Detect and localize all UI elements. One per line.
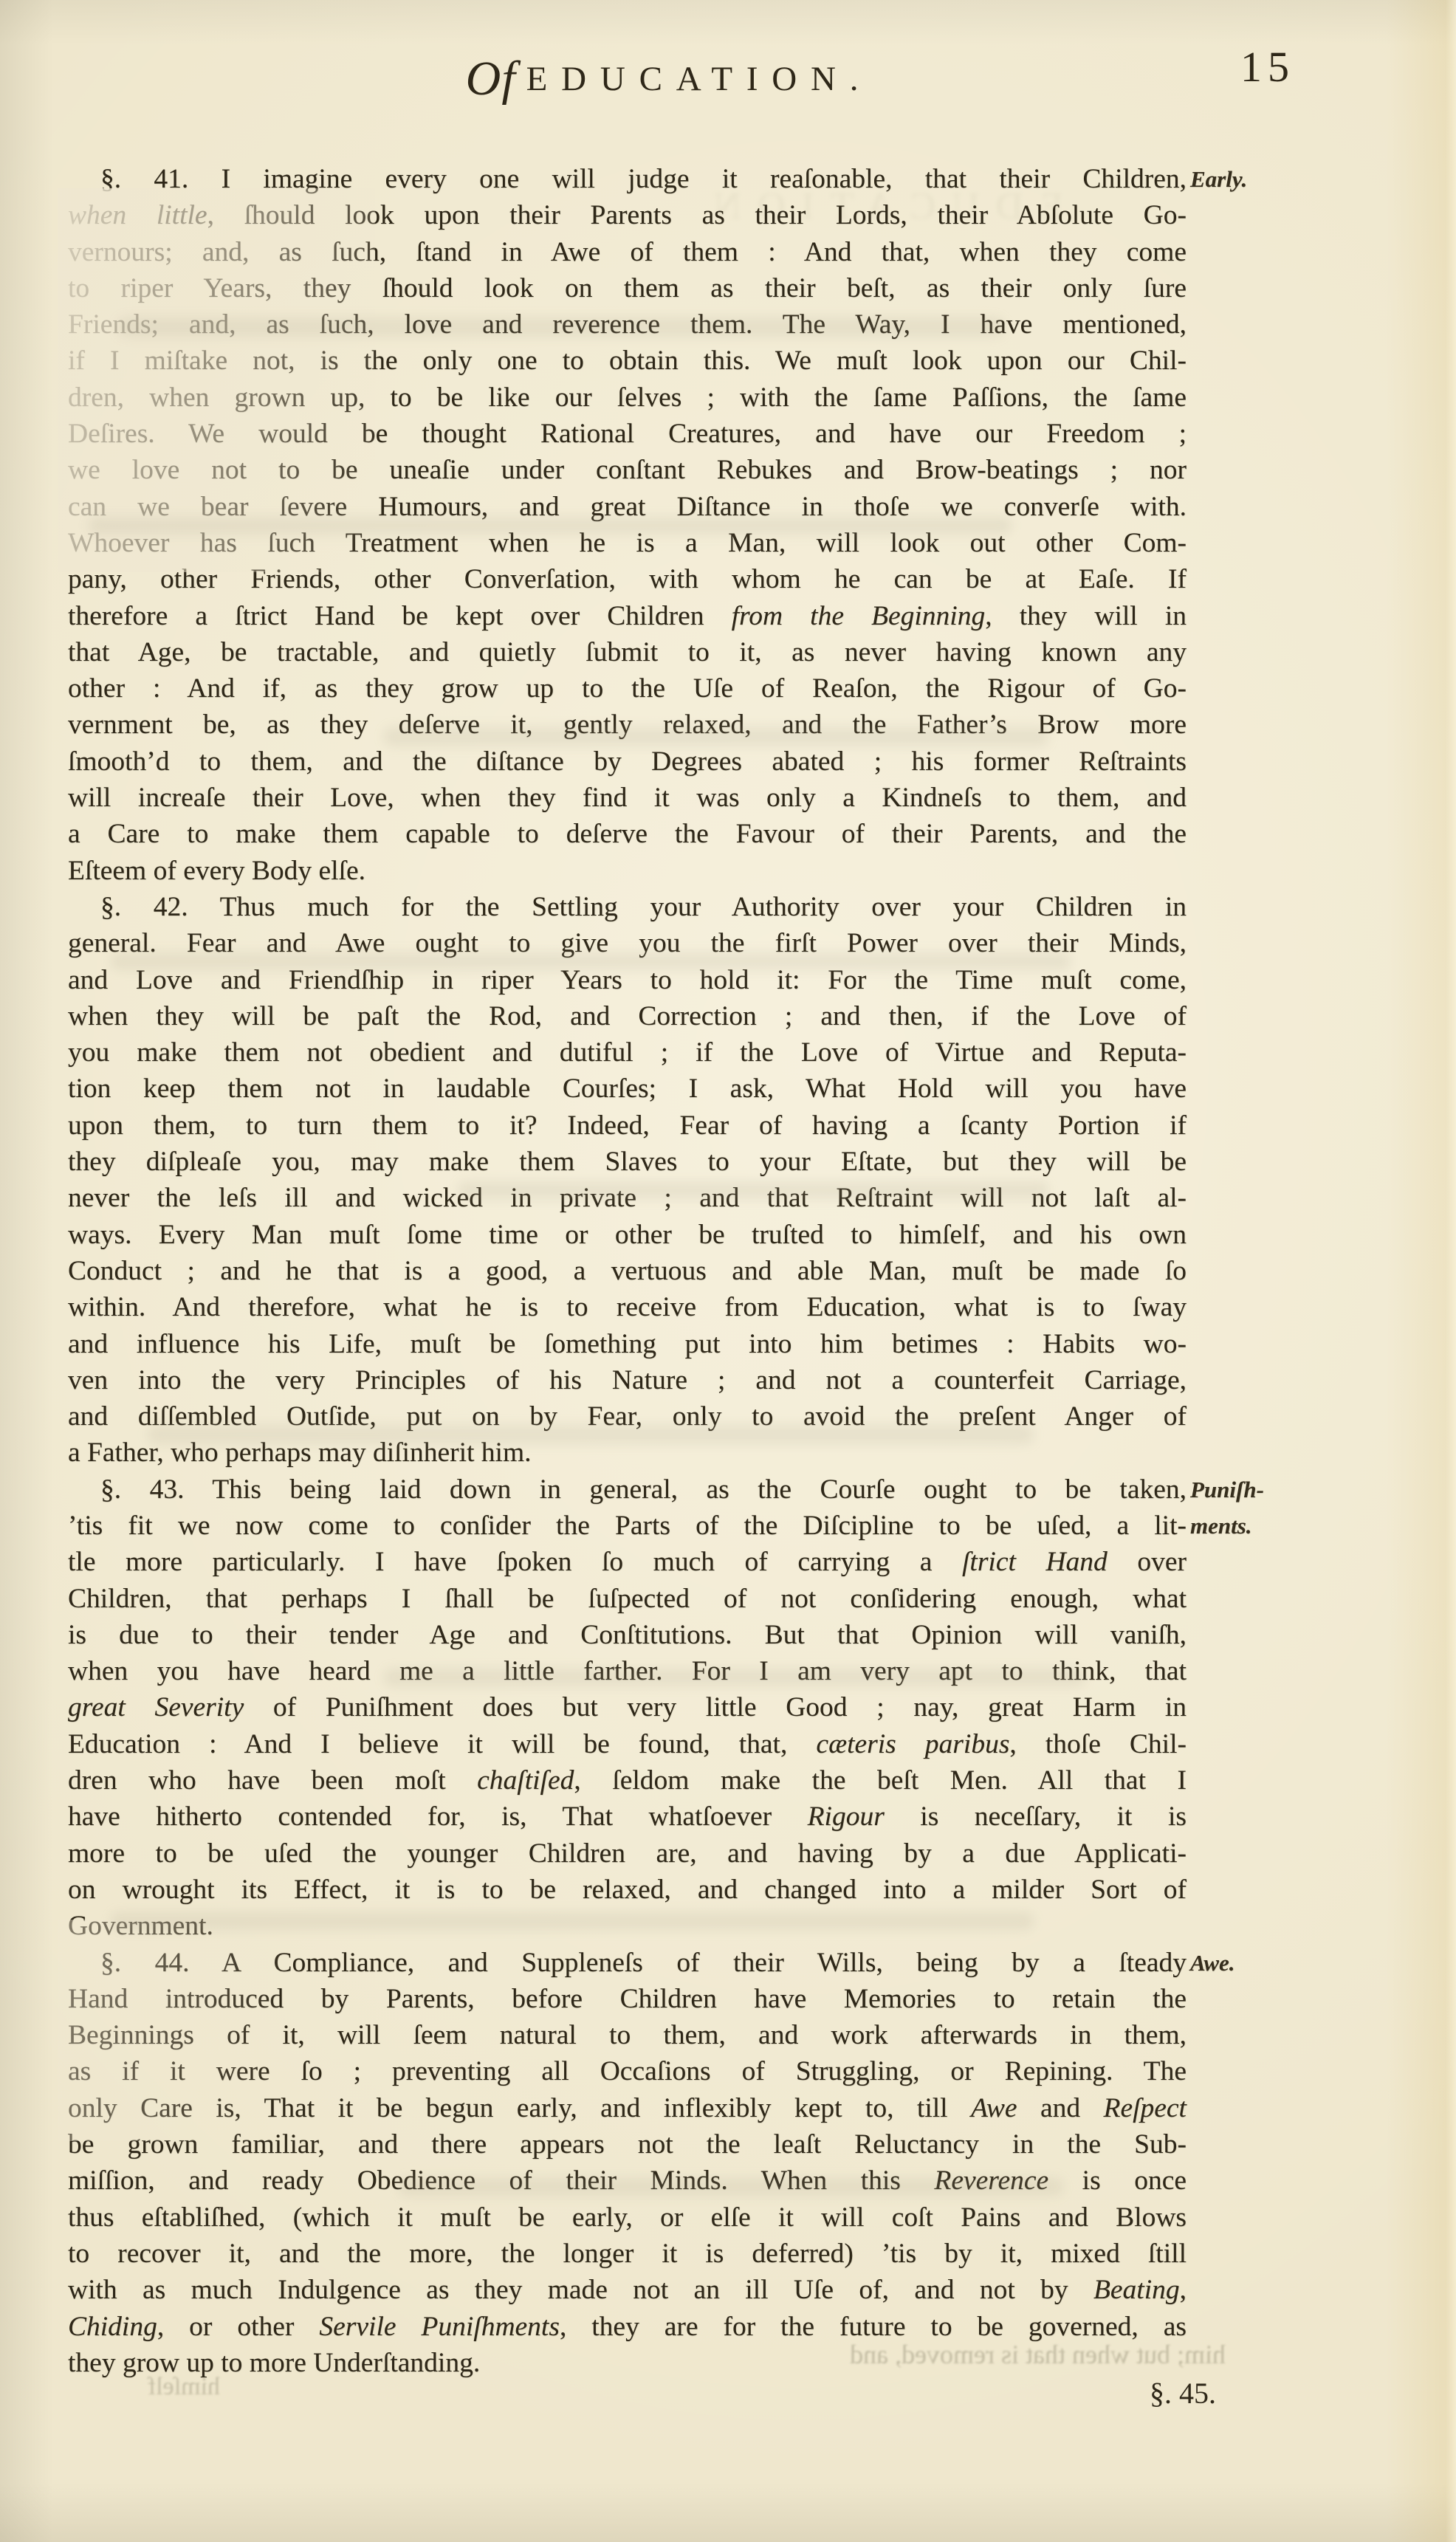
roman-text: §. 43. This being laid down in general, … xyxy=(100,1474,1187,1505)
text-line: to recover it, and the more, the longer … xyxy=(68,2236,1187,2272)
running-head-of: Of xyxy=(466,52,516,106)
italic-text: Chiding xyxy=(68,2312,157,2342)
text-line: therefore a ſtrict Hand be kept over Chi… xyxy=(68,598,1187,634)
text-line: Deſires. We would be thought Rational Cr… xyxy=(68,416,1187,452)
text-line: vernours; and, as ſuch, ſtand in Awe of … xyxy=(68,234,1187,270)
text-line: a Father, who perhaps may diſinherit him… xyxy=(68,1435,1187,1471)
italic-text: ſtrict Hand xyxy=(962,1547,1108,1577)
roman-text: have hitherto contended for, is, That wh… xyxy=(68,1801,808,1832)
italic-text: Awe xyxy=(971,2093,1017,2123)
running-head-title: EDUCATION. xyxy=(526,60,873,98)
text-line: Friends; and, as ſuch, love and reverenc… xyxy=(68,306,1187,343)
text-line: only Care is, That it be begun early, an… xyxy=(68,2090,1187,2126)
roman-text: and influence his Life, muſt be ſomethin… xyxy=(68,1329,1187,1359)
catchword: §. 45. xyxy=(70,2377,1216,2410)
text-line: a Care to make them capable to deſerve t… xyxy=(68,816,1187,852)
roman-text: can we bear ſevere Humours, and great Di… xyxy=(68,492,1187,522)
roman-text: Hand introduced by Parents, before Child… xyxy=(68,1984,1187,2014)
roman-text: ’tis fit we now come to conſider the Par… xyxy=(68,1511,1187,1541)
roman-text: they diſpleaſe you, may make them Slaves… xyxy=(68,1147,1187,1177)
text-line: general. Fear and Awe ought to give you … xyxy=(68,925,1187,961)
text-line: Whoever has ſuch Treatment when he is a … xyxy=(68,525,1187,561)
roman-text: thus eſtabliſhed, (which it muſt be earl… xyxy=(68,2202,1187,2233)
text-line: and Love and Friendſhip in riper Years t… xyxy=(68,962,1187,998)
roman-text: therefore a ſtrict Hand be kept over Chi… xyxy=(68,601,732,631)
roman-text: , thoſe Chil- xyxy=(1009,1729,1187,1759)
text-line: when little, ſhould look upon their Pare… xyxy=(68,197,1187,233)
text-line: ways. Every Man muſt ſome time or other … xyxy=(68,1217,1187,1253)
text-line: pany, other Friends, other Converſation,… xyxy=(68,561,1187,597)
roman-text: miſſion, and ready Obedience of their Mi… xyxy=(68,2165,934,2196)
roman-text: Beginnings of it, will ſeem natural to t… xyxy=(68,2020,1187,2050)
roman-text: never the leſs ill and wicked in private… xyxy=(68,1183,1187,1213)
roman-text: of Puniſhment does but very little Good … xyxy=(244,1692,1187,1722)
text-line: tion keep them not in laudable Courſes; … xyxy=(68,1071,1187,1107)
roman-text: more to be uſed the younger Children are… xyxy=(68,1838,1187,1869)
roman-text: §. 42. Thus much for the Settling your A… xyxy=(100,892,1187,922)
roman-text: only Care is, That it be begun early, an… xyxy=(68,2093,971,2123)
roman-text: general. Fear and Awe ought to give you … xyxy=(68,928,1187,958)
text-line: dren, when grown up, to be like our ſelv… xyxy=(68,379,1187,416)
text-line: ’tis fit we now come to conſider the Par… xyxy=(68,1508,1187,1544)
roman-text: vernment be, as they deſerve it, gently … xyxy=(68,710,1187,740)
text-line: when you have heard me a little farther.… xyxy=(68,1653,1187,1689)
roman-text: will increaſe their Love, when they find… xyxy=(68,783,1187,813)
italic-text: great Severity xyxy=(68,1692,244,1722)
roman-text: Government. xyxy=(68,1911,213,1941)
margin-note: ments. xyxy=(1190,1508,1353,1544)
text-line: Education : And I believe it will be fou… xyxy=(68,1726,1187,1762)
text-line: upon them, to turn them to it? Indeed, F… xyxy=(68,1107,1187,1144)
roman-text: when you have heard me a little farther.… xyxy=(68,1656,1187,1686)
page-number: 15 xyxy=(1240,46,1295,89)
roman-text: Eſteem of every Body elſe. xyxy=(68,856,365,886)
roman-text: , they will in xyxy=(985,601,1187,631)
roman-text: vernours; and, as ſuch, ſtand in Awe of … xyxy=(68,237,1187,267)
text-line: that Age, be tractable, and quietly ſubm… xyxy=(68,634,1187,670)
roman-text: §. 41. I imagine every one will judge it… xyxy=(100,164,1187,194)
roman-text: Whoever has ſuch Treatment when he is a … xyxy=(68,528,1187,558)
italic-text: Servile Puniſhments xyxy=(319,2312,560,2342)
text-line: other : And if, as they grow up to the U… xyxy=(68,670,1187,707)
roman-text: that Age, be tractable, and quietly ſubm… xyxy=(68,637,1187,667)
text-line: miſſion, and ready Obedience of their Mi… xyxy=(68,2163,1187,2199)
roman-text: , ſhould look upon their Parents as thei… xyxy=(207,200,1187,230)
roman-text: on wrought its Effect, it is to be relax… xyxy=(68,1875,1187,1905)
text-line: have hitherto contended for, is, That wh… xyxy=(68,1799,1187,1835)
roman-text: within. And therefore, what he is to rec… xyxy=(68,1292,1187,1322)
text-line: they diſpleaſe you, may make them Slaves… xyxy=(68,1144,1187,1180)
roman-text: and Love and Friendſhip in riper Years t… xyxy=(68,965,1187,995)
text-line: you make them not obedient and dutiful ;… xyxy=(68,1034,1187,1071)
roman-text: you make them not obedient and dutiful ;… xyxy=(68,1037,1187,1068)
roman-text: pany, other Friends, other Converſation,… xyxy=(68,564,1187,594)
text-line: great Severity of Puniſhment does but ve… xyxy=(68,1689,1187,1725)
text-line: as if it were ſo ; preventing all Occaſi… xyxy=(68,2053,1187,2089)
roman-text: is once xyxy=(1048,2165,1187,2196)
text-line: Hand introduced by Parents, before Child… xyxy=(68,1981,1187,2017)
roman-text: tion keep them not in laudable Courſes; … xyxy=(68,1074,1187,1104)
text-line: Chiding, or other Servile Puniſhments, t… xyxy=(68,2309,1187,2345)
roman-text: to riper Years, they ſhould look on them… xyxy=(68,273,1187,303)
roman-text: other : And if, as they grow up to the U… xyxy=(68,673,1187,704)
roman-text: dren, when grown up, to be like our ſelv… xyxy=(68,382,1187,413)
text-line: thus eſtabliſhed, (which it muſt be earl… xyxy=(68,2199,1187,2236)
text-line: and influence his Life, muſt be ſomethin… xyxy=(68,1326,1187,1362)
italic-text: when little xyxy=(68,200,207,230)
roman-text: upon them, to turn them to it? Indeed, F… xyxy=(68,1110,1187,1141)
roman-text: over xyxy=(1108,1547,1187,1577)
roman-text: Deſires. We would be thought Rational Cr… xyxy=(68,419,1187,449)
italic-text: Reverence xyxy=(934,2165,1048,2196)
text-line: when they will be paſt the Rod, and Corr… xyxy=(68,998,1187,1034)
text-line: ven into the very Principles of his Natu… xyxy=(68,1362,1187,1398)
roman-text: Education : And I believe it will be fou… xyxy=(68,1729,816,1759)
roman-text: ways. Every Man muſt ſome time or other … xyxy=(68,1220,1187,1250)
italic-text: Reſpect xyxy=(1104,2093,1187,2123)
roman-text: Friends; and, as ſuch, love and reverenc… xyxy=(68,309,1187,340)
text-line: Beginnings of it, will ſeem natural to t… xyxy=(68,2017,1187,2053)
text-line: we love not to be uneaſie under conſtant… xyxy=(68,452,1187,488)
text-line: they grow up to more Underſtanding. xyxy=(68,2345,1187,2381)
roman-text: we love not to be uneaſie under conſtant… xyxy=(68,455,1187,485)
roman-text: §. 44. A Compliance, and Suppleneſs of t… xyxy=(100,1948,1187,1978)
roman-text: tle more particularly. I have ſpoken ſo … xyxy=(68,1547,962,1577)
text-line: be grown familiar, and there appears not… xyxy=(68,2126,1187,2163)
roman-text: is neceſſary, it is xyxy=(885,1801,1187,1832)
roman-text: and diſſembled Outſide, put on by Fear, … xyxy=(68,1401,1187,1432)
roman-text: is due to their tender Age and Conſtitut… xyxy=(68,1620,1187,1650)
roman-text: Conduct ; and he that is a good, a vertu… xyxy=(68,1256,1187,1286)
text-line: ſmooth’d to them, and the diſtance by De… xyxy=(68,743,1187,780)
text-line: on wrought its Effect, it is to be relax… xyxy=(68,1872,1187,1908)
margin-note: Early. xyxy=(1190,161,1353,197)
italic-text: cæteris paribus xyxy=(816,1729,1009,1759)
roman-text: as if it were ſo ; preventing all Occaſi… xyxy=(68,2056,1187,2086)
roman-text: , xyxy=(1180,2275,1187,2305)
roman-text: when they will be paſt the Rod, and Corr… xyxy=(68,1001,1187,1031)
text-line: will increaſe their Love, when they find… xyxy=(68,780,1187,816)
roman-text: Children, that perhaps I ſhall be ſuſpec… xyxy=(68,1584,1187,1614)
roman-text: ven into the very Principles of his Natu… xyxy=(68,1365,1187,1395)
running-head: OfEDUCATION. xyxy=(111,55,1227,103)
roman-text: , or other xyxy=(157,2312,320,2342)
text-line: Eſteem of every Body elſe. xyxy=(68,853,1187,889)
roman-text: if I miſtake not, is the only one to obt… xyxy=(68,346,1187,376)
text-line: Children, that perhaps I ſhall be ſuſpec… xyxy=(68,1581,1187,1617)
italic-text: Rigour xyxy=(808,1801,885,1832)
roman-text: , ſeldom make the beſt Men. All that I xyxy=(574,1765,1187,1796)
text-line: and diſſembled Outſide, put on by Fear, … xyxy=(68,1398,1187,1435)
text-line: if I miſtake not, is the only one to obt… xyxy=(68,343,1187,379)
text-line: §. 43. This being laid down in general, … xyxy=(68,1471,1187,1508)
text-line: vernment be, as they deſerve it, gently … xyxy=(68,707,1187,743)
roman-text: to recover it, and the more, the longer … xyxy=(68,2239,1187,2269)
italic-text: Beating xyxy=(1093,2275,1180,2305)
text-line: dren who have been moſt chaſtiſed, ſeldo… xyxy=(68,1762,1187,1799)
roman-text: be grown familiar, and there appears not… xyxy=(68,2129,1187,2160)
roman-text: with as much Indulgence as they made not… xyxy=(68,2275,1093,2305)
text-line: can we bear ſevere Humours, and great Di… xyxy=(68,489,1187,525)
text-line: §. 42. Thus much for the Settling your A… xyxy=(68,889,1187,925)
text-block: §. 41. I imagine every one will judge it… xyxy=(68,161,1187,2381)
text-line: is due to their tender Age and Conſtitut… xyxy=(68,1617,1187,1653)
text-line: §. 41. I imagine every one will judge it… xyxy=(68,161,1187,197)
roman-text: a Father, who perhaps may diſinherit him… xyxy=(68,1437,532,1468)
text-line: never the leſs ill and wicked in private… xyxy=(68,1180,1187,1216)
roman-text: ſmooth’d to them, and the diſtance by De… xyxy=(68,746,1187,777)
italic-text: chaſtiſed xyxy=(477,1765,574,1796)
text-line: tle more particularly. I have ſpoken ſo … xyxy=(68,1544,1187,1580)
text-line: Government. xyxy=(68,1908,1187,1944)
roman-text: dren who have been moſt xyxy=(68,1765,477,1796)
book-page: EDUCATION OfEDUCATION. 15 §. 41. I imagi… xyxy=(0,0,1456,2542)
roman-text: , they are for the future to be governed… xyxy=(560,2312,1187,2342)
text-line: within. And therefore, what he is to rec… xyxy=(68,1289,1187,1325)
roman-text: a Care to make them capable to deſerve t… xyxy=(68,819,1187,849)
italic-text: from the Beginning xyxy=(732,601,986,631)
roman-text: they grow up to more Underſtanding. xyxy=(68,2348,480,2378)
margin-note: Puniſh- xyxy=(1190,1471,1353,1508)
margin-note: Awe. xyxy=(1190,1945,1353,1981)
text-line: with as much Indulgence as they made not… xyxy=(68,2272,1187,2308)
text-line: more to be uſed the younger Children are… xyxy=(68,1835,1187,1872)
text-line: Conduct ; and he that is a good, a vertu… xyxy=(68,1253,1187,1289)
roman-text: and xyxy=(1017,2093,1104,2123)
text-line: §. 44. A Compliance, and Suppleneſs of t… xyxy=(68,1945,1187,1981)
text-line: to riper Years, they ſhould look on them… xyxy=(68,270,1187,306)
